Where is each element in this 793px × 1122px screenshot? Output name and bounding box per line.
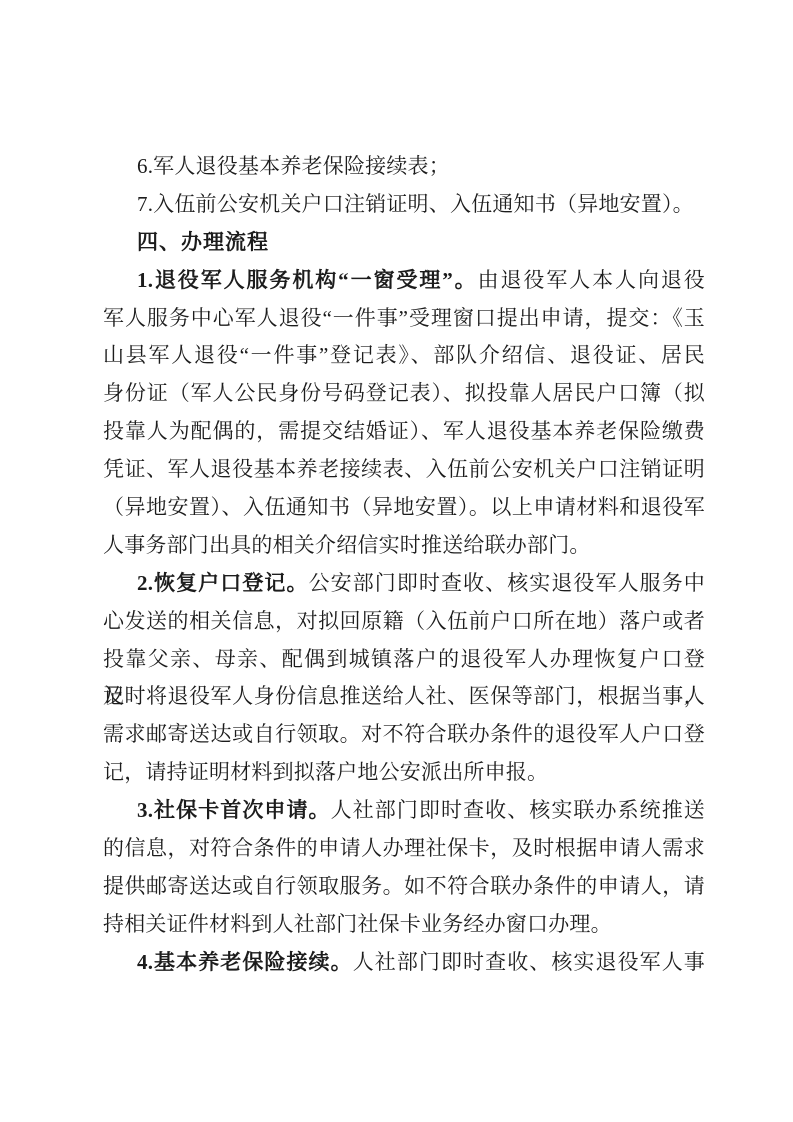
- text-line: 6.军人退役基本养老保险接续表；: [103, 148, 705, 186]
- body-text: 心发送的相关信息，对拟回原籍（入伍前户口所在地）落户或者: [103, 609, 705, 633]
- text-line: 的信息，对符合条件的申请人办理社保卡，及时根据申请人需求: [103, 830, 705, 868]
- body-text: 公安部门即时查收、核实退役军人服务中: [309, 571, 705, 595]
- text-line: 投靠人为配偶的，需提交结婚证）、军人退役基本养老保险缴费: [103, 413, 705, 451]
- body-text: 军人服务中心军人退役“一件事”受理窗口提出申请，提交：《玉: [103, 306, 705, 330]
- text-line: 山县军人退役“一件事”登记表》、部队介绍信、退役证、居民: [103, 337, 705, 375]
- body-text: 山县军人退役“一件事”登记表》、部队介绍信、退役证、居民: [103, 343, 705, 367]
- text-line: 军人服务中心军人退役“一件事”受理窗口提出申请，提交：《玉: [103, 300, 705, 338]
- body-text: 由退役军人本人向退役: [478, 268, 705, 292]
- paragraph-lead: 1.退役军人服务机构“一窗受理”。: [137, 268, 478, 292]
- body-text: 及时将退役军人身份信息推送给人社、医保等部门，根据当事人: [103, 684, 705, 708]
- section-heading: 四、办理流程: [103, 224, 705, 262]
- body-text: 投靠人为配偶的，需提交结婚证）、军人退役基本养老保险缴费: [103, 419, 705, 443]
- text-line: 4.基本养老保险接续。人社部门即时查收、核实退役军人事: [103, 944, 705, 982]
- paragraph-lead: 四、办理流程: [137, 231, 269, 254]
- body-text: 提供邮寄送达或自行领取服务。如不符合联办条件的申请人，请: [103, 874, 705, 898]
- text-line: 1.退役军人服务机构“一窗受理”。由退役军人本人向退役: [103, 262, 705, 300]
- body-text: 身份证（军人公民身份号码登记表）、拟投靠人居民户口簿（拟: [103, 381, 705, 405]
- text-line: 7.入伍前公安机关户口注销证明、入伍通知书（异地安置）。: [103, 186, 705, 224]
- paragraph-lead: 3.社保卡首次申请。: [137, 798, 331, 822]
- body-text: 人社部门即时查收、核实联办系统推送: [331, 798, 705, 822]
- text-line: 需求邮寄送达或自行领取。对不符合联办条件的退役军人户口登: [103, 716, 705, 754]
- body-text: （异地安置）、入伍通知书（异地安置）。以上申请材料和退役军: [103, 495, 705, 519]
- body-text: 人社部门即时查收、核实退役军人事: [353, 950, 705, 974]
- text-line: 身份证（军人公民身份号码登记表）、拟投靠人居民户口簿（拟: [103, 375, 705, 413]
- text-line: 心发送的相关信息，对拟回原籍（入伍前户口所在地）落户或者: [103, 603, 705, 641]
- document-content: 6.军人退役基本养老保险接续表；7.入伍前公安机关户口注销证明、入伍通知书（异地…: [103, 148, 705, 982]
- text-line: 提供邮寄送达或自行领取服务。如不符合联办条件的申请人，请: [103, 868, 705, 906]
- body-text: 7.入伍前公安机关户口注销证明、入伍通知书（异地安置）。: [137, 192, 694, 216]
- text-line: 人事务部门出具的相关介绍信实时推送给联办部门。: [103, 527, 705, 565]
- text-line: 记，请持证明材料到拟落户地公安派出所申报。: [103, 754, 705, 792]
- text-line: （异地安置）、入伍通知书（异地安置）。以上申请材料和退役军: [103, 489, 705, 527]
- body-text: 持相关证件材料到人社部门社保卡业务经办窗口办理。: [103, 912, 612, 936]
- text-line: 持相关证件材料到人社部门社保卡业务经办窗口办理。: [103, 906, 705, 944]
- body-text: 6.军人退役基本养老保险接续表；: [137, 154, 450, 178]
- text-line: 2.恢复户口登记。公安部门即时查收、核实退役军人服务中: [103, 565, 705, 603]
- text-line: 凭证、军人退役基本养老接续表、入伍前公安机关户口注销证明: [103, 451, 705, 489]
- document-page: 6.军人退役基本养老保险接续表；7.入伍前公安机关户口注销证明、入伍通知书（异地…: [0, 0, 793, 1122]
- body-text: 人事务部门出具的相关介绍信实时推送给联办部门。: [103, 533, 591, 557]
- text-line: 投靠父亲、母亲、配偶到城镇落户的退役军人办理恢复户口登记，: [103, 641, 705, 679]
- paragraph-lead: 4.基本养老保险接续。: [137, 950, 353, 974]
- body-text: 需求邮寄送达或自行领取。对不符合联办条件的退役军人户口登: [103, 722, 705, 746]
- paragraph-lead: 2.恢复户口登记。: [137, 571, 309, 595]
- body-text: 记，请持证明材料到拟落户地公安派出所申报。: [103, 760, 548, 784]
- text-line: 及时将退役军人身份信息推送给人社、医保等部门，根据当事人: [103, 678, 705, 716]
- body-text: 凭证、军人退役基本养老接续表、入伍前公安机关户口注销证明: [103, 457, 705, 481]
- body-text: 的信息，对符合条件的申请人办理社保卡，及时根据申请人需求: [103, 836, 705, 860]
- text-line: 3.社保卡首次申请。人社部门即时查收、核实联办系统推送: [103, 792, 705, 830]
